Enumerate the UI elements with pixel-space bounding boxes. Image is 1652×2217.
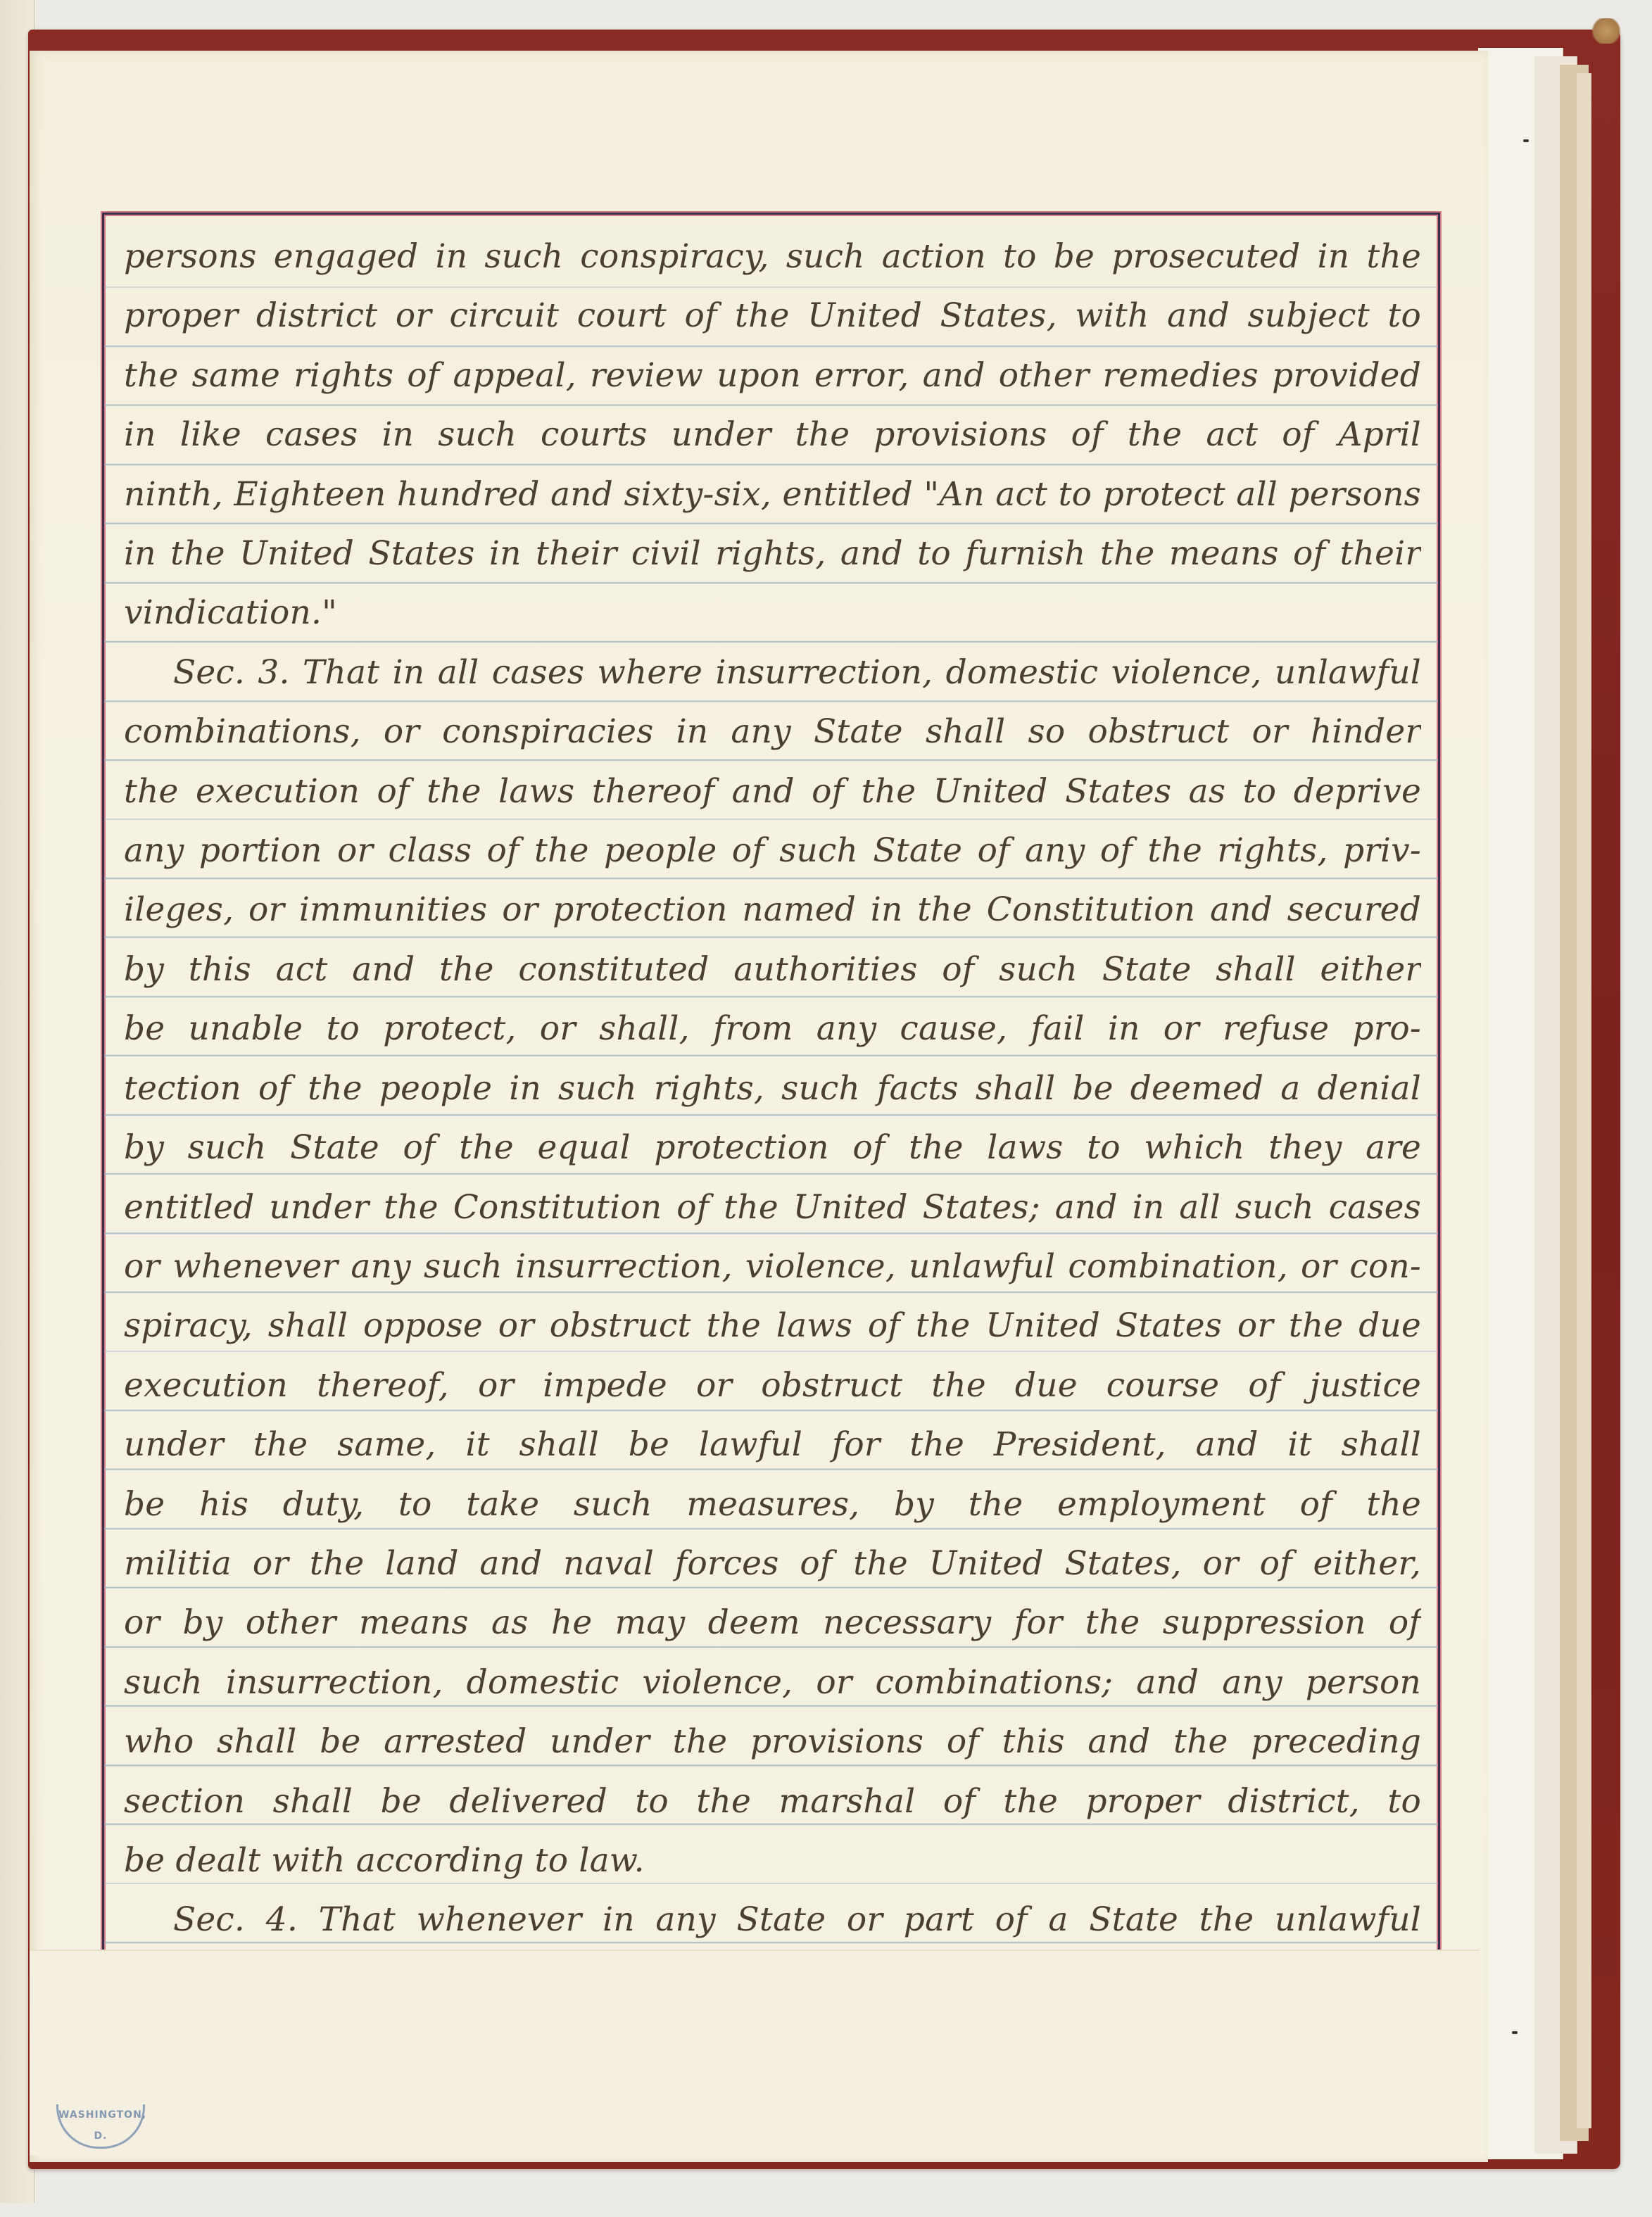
text-line: execution thereof, or impede or obstruct…	[124, 1356, 1421, 1415]
text-line: entitled under the Constitution of the U…	[124, 1178, 1421, 1237]
text-line: any portion or class of the people of su…	[124, 821, 1421, 880]
text-line: militia or the land and naval forces of …	[124, 1534, 1421, 1593]
text-line: be unable to protect, or shall, from any…	[124, 999, 1421, 1059]
text-line: ileges, or immunities or protection name…	[124, 880, 1421, 940]
text-line: Sec. 3. That in all cases where insurrec…	[124, 643, 1421, 702]
text-line: ninth, Eighteen hundred and sixty-six, e…	[124, 465, 1421, 524]
text-line: who shall be arrested under the provisio…	[124, 1712, 1421, 1771]
handwritten-text: persons engaged in such conspiracy, such…	[124, 227, 1421, 2009]
text-line: by this act and the constituted authorit…	[124, 940, 1421, 999]
ink-mark	[1512, 2031, 1518, 2034]
text-line: in like cases in such courts under the p…	[124, 405, 1421, 465]
text-line: be dealt with according to law.	[124, 1831, 1421, 1890]
text-line: or whenever any such insurrection, viole…	[124, 1237, 1421, 1296]
manuscript-page: persons engaged in such conspiracy, such…	[30, 51, 1488, 2162]
text-line: or by other means as he may deem necessa…	[124, 1593, 1421, 1653]
text-line: by such State of the equal protection of…	[124, 1118, 1421, 1177]
text-line: in the United States in their civil righ…	[124, 524, 1421, 583]
ruled-text-frame: persons engaged in such conspiracy, such…	[102, 213, 1440, 2004]
text-line: under the same, it shall be lawful for t…	[124, 1415, 1421, 1474]
lower-page-leaf	[30, 1950, 1480, 2155]
text-line: spiracy, shall oppose or obstruct the la…	[124, 1296, 1421, 1356]
text-line: combinations, or conspiracies in any Sta…	[124, 702, 1421, 762]
text-line: such insurrection, domestic violence, or…	[124, 1653, 1421, 1712]
text-line: proper district or circuit court of the …	[124, 286, 1421, 346]
cover-corner-wear	[1589, 18, 1623, 44]
text-line: be his duty, to take such measures, by t…	[124, 1475, 1421, 1534]
text-line: persons engaged in such conspiracy, such…	[124, 227, 1421, 286]
text-line: the same rights of appeal, review upon e…	[124, 346, 1421, 405]
page-edge	[1577, 73, 1591, 2128]
text-line: tection of the people in such rights, su…	[124, 1059, 1421, 1118]
ink-mark	[1523, 139, 1529, 142]
text-line: the execution of the laws thereof and of…	[124, 762, 1421, 821]
text-line: Sec. 4. That whenever in any State or pa…	[124, 1890, 1421, 1950]
text-line: section shall be delivered to the marsha…	[124, 1772, 1421, 1831]
text-line: vindication."	[124, 583, 1421, 643]
